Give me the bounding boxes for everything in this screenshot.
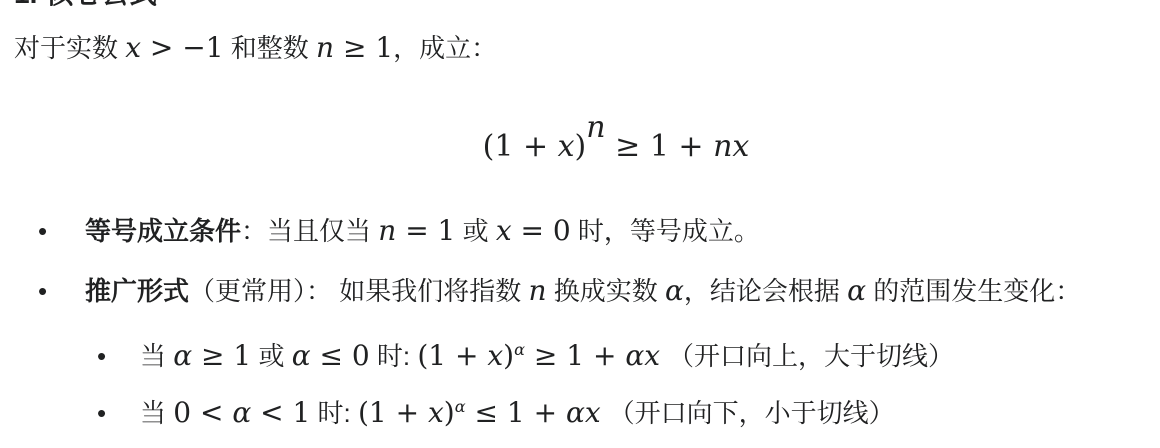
math-superscript-alpha: α [455,397,466,416]
math-var-x: x [487,339,503,372]
math-op: 1 + [566,339,625,372]
text-run: 当 [140,341,173,371]
math-op: 0 < [173,396,232,429]
math-op: ) [444,396,455,429]
math-var-n: n [378,214,396,247]
annotation-text: （开口向上，大于切线） [668,341,954,371]
math-var-alpha: α [173,339,192,372]
math-op: < 1 [251,396,310,429]
bullet-label: 等号成立条件 [85,216,241,246]
math-leq-sign: ≤ [466,396,507,429]
math-superscript-alpha: α [514,340,525,359]
text-run: 或 [251,341,291,371]
text-run: 和整数 [224,33,316,63]
math-var-x: x [125,31,141,64]
text-run: 对于实数 [14,33,125,63]
math-op: = 0 [512,214,571,247]
bullet-icon: • [97,392,106,434]
math-geq-sign: ≥ [525,339,566,372]
text-run: 当 [140,398,173,428]
math-var-alpha: α [847,274,866,307]
math-op: ) [575,129,587,164]
text-run: 时: [310,398,358,428]
text-run: ：当且仅当 [241,216,378,246]
math-op: ≥ 1 [334,31,393,64]
text-run: 时: [370,341,418,371]
bullet-icon: • [97,335,106,377]
math-var-alpha: α [232,396,251,429]
math-var-n: n [316,31,334,64]
math-var-alphax: αx [625,339,660,372]
math-var-alpha: α [665,274,684,307]
section-heading: 1. 核心公式 [14,0,157,9]
math-var-alphax: αx [566,396,601,429]
text-run: ，结论会根据 [684,276,847,306]
text-run: 时，等号成立。 [571,216,760,246]
math-op: 1 + [650,129,713,164]
math-var-x: x [428,396,444,429]
math-op: 1 + [507,396,566,429]
annotation-text: （开口向下，小于切线） [609,398,895,428]
text-run: 换成实数 [547,276,665,306]
sub-bullet-alpha-between: •当 0 < α < 1 时: (1 + x)α ≤ 1 + αx（开口向下，小… [0,392,1160,438]
math-superscript-n: n [586,110,605,145]
display-formula: (1 + x)n ≥ 1 + nx [0,119,1160,175]
document-page: 1. 核心公式 对于实数 x > −1 和整数 n ≥ 1，成立： (1 + x… [0,0,1160,448]
math-var-x: x [496,214,512,247]
bullet-equality-condition: •等号成立条件：当且仅当 n = 1 或 x = 0 时，等号成立。 [0,211,1160,251]
intro-line: 对于实数 x > −1 和整数 n ≥ 1，成立： [14,30,497,66]
sub-bullet-alpha-outside: •当 α ≥ 1 或 α ≤ 0 时: (1 + x)α ≥ 1 + αx（开口… [0,335,1160,381]
math-op: ) [503,339,514,372]
bullet-icon: • [38,271,47,311]
math-var-alpha: α [292,339,311,372]
math-op: ≥ 1 [192,339,251,372]
math-var-n: n [528,274,546,307]
text-run: ，成立： [393,33,497,63]
math-var-x: x [558,129,575,164]
section-heading-text: 1. 核心公式 [14,0,157,9]
math-op: (1 + [483,129,558,164]
bullet-label: 推广形式 [85,276,189,306]
math-op: = 1 [396,214,455,247]
bullet-generalized-form: •推广形式（更常用）： 如果我们将指数 n 换成实数 α，结论会根据 α 的范围… [0,271,1160,311]
math-geq-sign: ≥ [606,129,650,164]
bullet-icon: • [38,211,47,251]
math-var-nx: nx [713,129,749,164]
math-op: ≤ 0 [311,339,370,372]
math-op: (1 + [358,396,428,429]
text-run: 的范围发生变化： [866,276,1081,306]
text-run: 或 [455,216,495,246]
text-run: （更常用）： 如果我们将指数 [189,276,528,306]
math-op: (1 + [417,339,487,372]
math-op: > −1 [141,31,224,64]
